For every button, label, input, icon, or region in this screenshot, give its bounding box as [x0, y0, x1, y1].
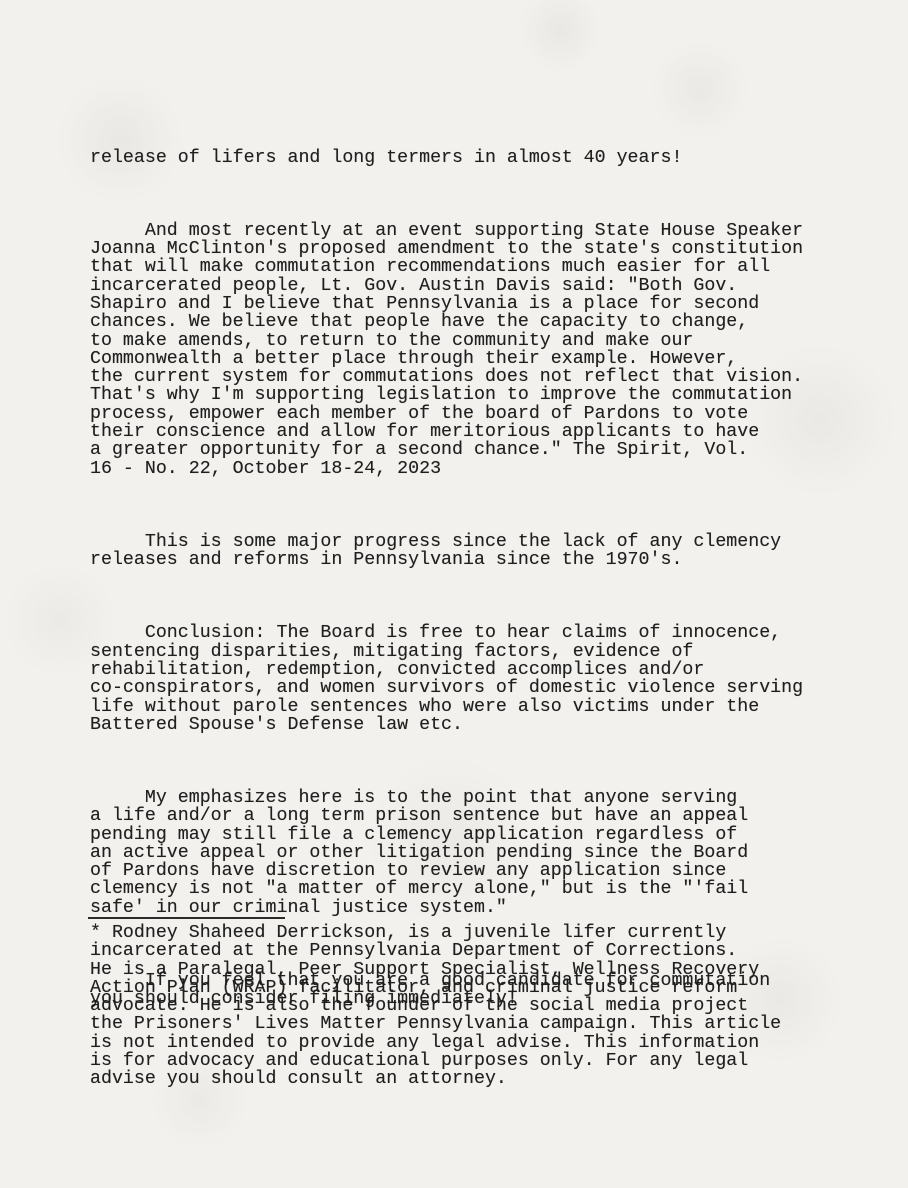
document-body: release of lifers and long termers in al… [90, 112, 850, 1027]
paragraph-2: And most recently at an event supporting… [90, 222, 850, 478]
footnote-text: * Rodney Shaheed Derrickson, is a juveni… [90, 924, 870, 1089]
paragraph-5: My emphasizes here is to the point that … [90, 789, 850, 917]
paragraph-1: release of lifers and long termers in al… [90, 149, 850, 167]
paragraph-4: Conclusion: The Board is free to hear cl… [90, 624, 850, 734]
footnote-divider [88, 917, 285, 919]
paragraph-3: This is some major progress since the la… [90, 533, 850, 570]
